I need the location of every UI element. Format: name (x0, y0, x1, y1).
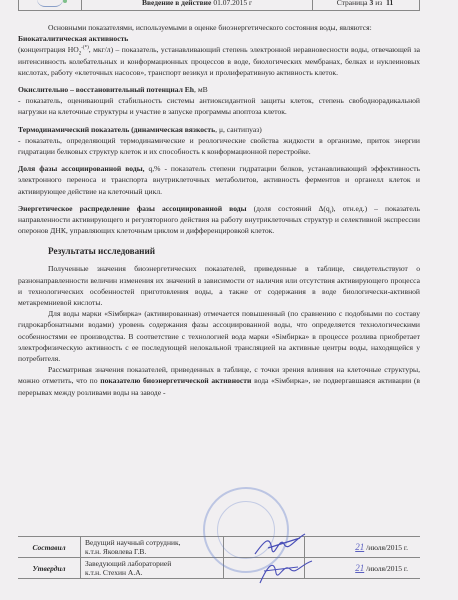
indicator-formula: (концентрация HO (18, 45, 79, 54)
page-number: Страница 3 из 11 (313, 0, 419, 10)
indicator-title: Биокаталитическая активность (18, 34, 128, 43)
indicator-title: Термодинамический показатель (динамическ… (18, 125, 215, 134)
signature-cell (224, 558, 305, 579)
intro-paragraph: Основными показателями, используемыми в … (18, 22, 420, 33)
signature-cell (224, 537, 305, 558)
table-row: Утвердил Заведующий лабораторией к.т.н. … (18, 558, 420, 579)
sign-day: 21 (355, 563, 364, 573)
results-paragraph: Полученные значения биоэнергетических по… (18, 263, 420, 308)
signer-info: Заведующий лабораторией к.т.н. Стехин А.… (81, 558, 224, 579)
superscript: -(*) (81, 46, 89, 51)
document-header: Введение в действие 01.07.2015 г Страниц… (18, 0, 420, 11)
indicator-title: Окислительно – восстановительный потенци… (18, 85, 194, 94)
page-of: из (375, 0, 382, 7)
document-body: Основными показателями, используемыми в … (18, 22, 420, 398)
signer-position: Заведующий лабораторией (85, 559, 171, 568)
indicator-text: - показатель, оценивающий стабильность с… (18, 96, 420, 116)
effective-date-value: 01.07.2015 г (213, 0, 252, 7)
page-label: Страница (337, 0, 368, 7)
approval-table: Составил Ведущий научный сотрудник, к.т.… (18, 536, 420, 579)
signer-name: к.т.н. Стехин А.А. (85, 568, 143, 577)
sign-date-text: /июля/2015 г. (366, 564, 408, 573)
table-row: Составил Ведущий научный сотрудник, к.т.… (18, 537, 420, 558)
indicator-energy-distribution: Энергетическое распределение фазы ассоци… (18, 203, 420, 237)
page-current: 3 (370, 0, 374, 7)
indicator-associated-water: Доля фазы ассоциированной воды, q,% - по… (18, 163, 420, 197)
signer-info: Ведущий научный сотрудник, к.т.н. Яковле… (81, 537, 224, 558)
page-total: 11 (386, 0, 393, 7)
effective-date-label: Введение в действие (142, 0, 211, 7)
indicator-unit: , μ, сантипуаз) (215, 125, 262, 134)
effective-date: Введение в действие 01.07.2015 г (82, 0, 313, 10)
results-paragraph: Для воды марки «Sімбирка» (активированна… (18, 308, 420, 364)
organization-logo-icon (37, 0, 63, 7)
indicator-unit: (доля состояний Δ(q (247, 204, 330, 213)
sign-date: 21/июля/2015 г. (305, 558, 421, 579)
signer-position: Ведущий научный сотрудник, (85, 538, 181, 547)
indicator-redox: Окислительно – восстановительный потенци… (18, 84, 420, 118)
logo-cell (19, 0, 82, 10)
indicator-biocatalytic: Биокаталитическая активность (концентрац… (18, 33, 420, 78)
indicator-unit: , мВ (194, 85, 208, 94)
signer-name: к.т.н. Яковлева Г.В. (85, 547, 146, 556)
indicator-text: - показатель, определяющий термодинамиче… (18, 136, 420, 156)
indicator-thermodynamic: Термодинамический показатель (динамическ… (18, 124, 420, 158)
signer-role: Составил (18, 537, 81, 558)
sign-date: 21/июля/2015 г. (305, 537, 421, 558)
signer-role: Утвердил (18, 558, 81, 579)
results-paragraph: Рассматривая значения показателей, приве… (18, 364, 420, 398)
section-title: Результаты исследований (48, 245, 420, 257)
indicator-title: Доля фазы ассоциированной воды, (18, 164, 145, 173)
paragraph-emphasis: показателю биоэнергетической активности (100, 376, 251, 385)
sign-day: 21 (355, 542, 364, 552)
sign-date-text: /июля/2015 г. (366, 543, 408, 552)
indicator-title: Энергетическое распределение фазы ассоци… (18, 204, 247, 213)
